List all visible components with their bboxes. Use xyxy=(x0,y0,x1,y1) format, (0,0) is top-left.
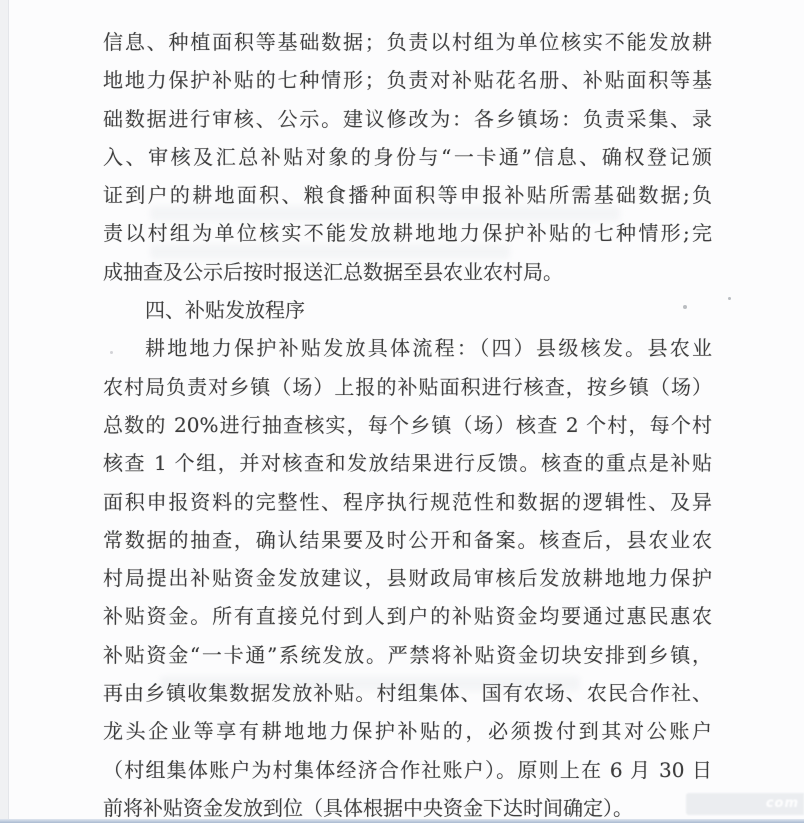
text-line: 成抽查及公示后按时报送汇总数据至县农业农村局。 xyxy=(103,253,712,291)
text-line: （村组集体账户为村集体经济合作社账户）。原则上在 6 月 30 日 xyxy=(103,751,712,789)
scan-speck xyxy=(728,297,731,300)
text-line: 责以村组为单位核实不能发放耕地地力保护补贴的七种情形;完 xyxy=(103,214,712,252)
scan-speck xyxy=(683,305,687,309)
text-line: 础数据进行审核、公示。建议修改为：各乡镇场：负责采集、录 xyxy=(103,100,712,138)
scan-speck xyxy=(110,351,113,354)
text-line: 信息、种植面积等基础数据；负责以村组为单位核实不能发放耕 xyxy=(103,23,712,61)
text-line: 四、补贴发放程序 xyxy=(103,291,712,329)
scanned-document-page: 信息、种植面积等基础数据；负责以村组为单位核实不能发放耕地地力保护补贴的七种情形… xyxy=(0,0,804,823)
text-line: 常数据的抽查，确认结果要及时公开和备案。核查后，县农业农 xyxy=(103,521,712,559)
watermark-text: com xyxy=(766,796,799,811)
text-line: 面积申报资料的完整性、程序执行规范性和数据的逻辑性、及异 xyxy=(103,483,712,521)
text-line: 龙头企业等享有耕地地力保护补贴的，必须拨付到其对公账户 xyxy=(103,712,712,750)
text-line: 耕地地力保护补贴发放具体流程：（四）县级核发。县农业 xyxy=(103,329,712,367)
text-line: 核查 1 个组，并对核查和发放结果进行反馈。核查的重点是补贴 xyxy=(103,444,712,482)
text-line: 补贴资金“一卡通”系统发放。严禁将补贴资金切块安排到乡镇， xyxy=(103,636,712,674)
text-line: 村局提出补贴资金发放建议，县财政局审核后发放耕地地力保护 xyxy=(103,559,712,597)
body-text: 信息、种植面积等基础数据；负责以村组为单位核实不能发放耕地地力保护补贴的七种情形… xyxy=(103,23,712,823)
text-line: 证到户的耕地面积、粮食播种面积等申报补贴所需基础数据;负 xyxy=(103,176,712,214)
scan-edge-left xyxy=(0,0,9,823)
text-line: 地地力保护补贴的七种情形；负责对补贴花名册、补贴面积等基 xyxy=(103,61,712,99)
text-line: 总数的 20%进行抽查核实，每个乡镇（场）核查 2 个村，每个村 xyxy=(103,406,712,444)
scan-edge-bottom xyxy=(0,819,804,823)
text-line: 前将补贴资金发放到位（具体根据中央资金下达时间确定）。 xyxy=(103,789,712,823)
watermark: com xyxy=(686,793,804,815)
text-line: 补贴资金。所有直接兑付到人到户的补贴资金均要通过惠民惠农 xyxy=(103,597,712,635)
text-line: 入、审核及汇总补贴对象的身份与“一卡通”信息、确权登记颁 xyxy=(103,138,712,176)
text-line: 再由乡镇收集数据发放补贴。村组集体、国有农场、农民合作社、 xyxy=(103,674,712,712)
text-line: 农村局负责对乡镇（场）上报的补贴面积进行核查，按乡镇（场） xyxy=(103,368,712,406)
